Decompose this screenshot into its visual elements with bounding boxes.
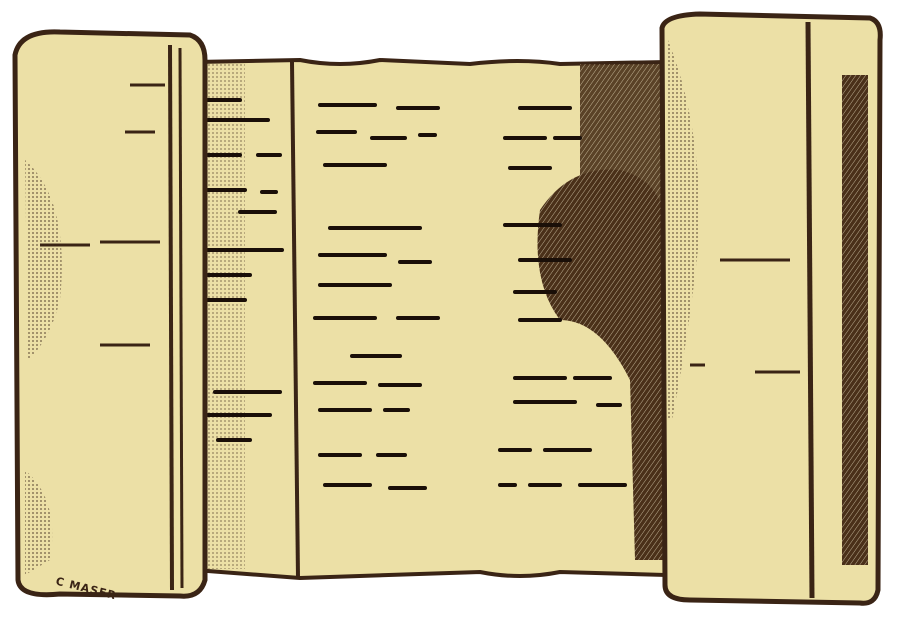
left-roller [15, 32, 205, 596]
scroll-illustration [0, 0, 898, 617]
right-roller [662, 14, 880, 603]
